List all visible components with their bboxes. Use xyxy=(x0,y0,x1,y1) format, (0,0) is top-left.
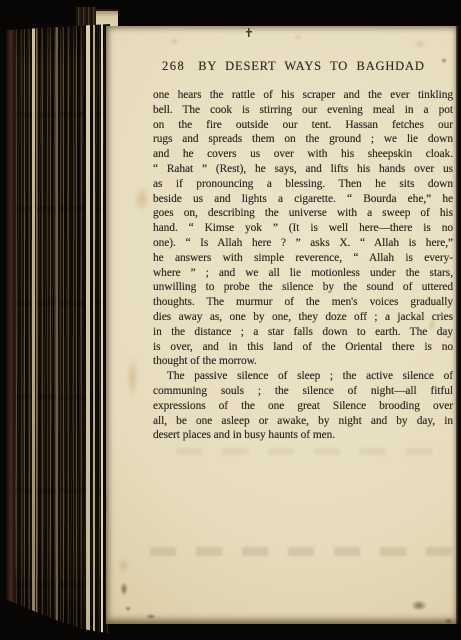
foxing-spot xyxy=(444,618,453,624)
text-line: and he covers us over with his sheepskin… xyxy=(153,147,453,162)
text-line: The passive silence of sleep ; the activ… xyxy=(153,369,453,384)
text-line: thoughts. The murmur of the men's voices… xyxy=(153,295,453,310)
ink-smudge xyxy=(146,614,156,619)
light-page-stripe xyxy=(101,24,103,636)
foxing-spot xyxy=(118,558,129,573)
text-line: in the distance ; a star falls down to e… xyxy=(153,325,453,340)
text-line: where ” ; and we all lie motionless unde… xyxy=(153,266,453,281)
text-line: dies away as, one by one, they doze off … xyxy=(153,310,453,325)
text-line: rugs and spreads them on the ground ; we… xyxy=(153,132,453,147)
text-line: beside us and lights a cigarette. “ Bour… xyxy=(153,192,453,207)
text-line: thought of the morrow. xyxy=(153,354,453,369)
foxing-spot xyxy=(414,40,426,48)
running-title: BY DESERT WAYS TO BAGHDAD xyxy=(198,59,424,74)
foxing-spot xyxy=(294,34,302,40)
light-page-stripe xyxy=(86,24,90,636)
page-stripe xyxy=(56,24,58,636)
text-line: is over, and in this land of the Orienta… xyxy=(153,340,453,355)
foxing-spot xyxy=(170,38,179,45)
text-line: one). “ Is Allah here ? ” asks X. “ Alla… xyxy=(153,236,453,251)
book-page: 268 BY DESERT WAYS TO BAGHDAD one hears … xyxy=(106,26,458,624)
text-line: bell. The cook is stirring our evening m… xyxy=(153,103,453,118)
text-line: communing souls ; the silence of night—a… xyxy=(153,384,453,399)
pen-mark xyxy=(246,28,252,37)
body-text: one hears the rattle of his scraper and … xyxy=(153,88,453,443)
foxing-spot xyxy=(134,186,150,212)
ink-smudge xyxy=(120,582,128,596)
page-stripe xyxy=(36,24,37,636)
page-edges-top-sliver xyxy=(76,7,96,27)
page-number: 268 xyxy=(162,59,185,74)
text-line: goes on, describing the universe with a … xyxy=(153,206,453,221)
show-through-text xyxy=(150,547,456,556)
scanned-book-photo: 268 BY DESERT WAYS TO BAGHDAD one hears … xyxy=(0,0,461,640)
page-header: 268 BY DESERT WAYS TO BAGHDAD xyxy=(162,59,452,74)
ink-smudge xyxy=(125,606,131,611)
text-line: he answers with simple reverence, “ Alla… xyxy=(153,251,453,266)
text-line: as if pronouncing a blessing. Then he si… xyxy=(153,177,453,192)
text-line: all, be one asleep or awake, by night an… xyxy=(153,414,453,429)
show-through-text xyxy=(176,448,432,455)
light-page-stripe xyxy=(32,24,35,636)
text-line: expressions of the one great Silence bro… xyxy=(153,399,453,414)
page-right-edge-shadow xyxy=(456,24,461,624)
text-line: hand. “ Kimse yok ” (It is well here—the… xyxy=(153,221,453,236)
text-line: desert places and in busy haunts of men. xyxy=(153,428,453,443)
text-line: “ Rahat ” (Rest), he says, and lifts his… xyxy=(153,162,453,177)
foxing-spot xyxy=(411,600,427,611)
book-page-edges xyxy=(6,24,110,636)
text-line: unwilling to probe the silence by the so… xyxy=(153,280,453,295)
cover-board-edge xyxy=(6,24,15,636)
foxing-spot xyxy=(126,356,139,398)
page-stripe xyxy=(93,24,95,636)
text-line: one hears the rattle of his scraper and … xyxy=(153,88,453,103)
text-line: on the fire outside our tent. Hassan fet… xyxy=(153,118,453,133)
